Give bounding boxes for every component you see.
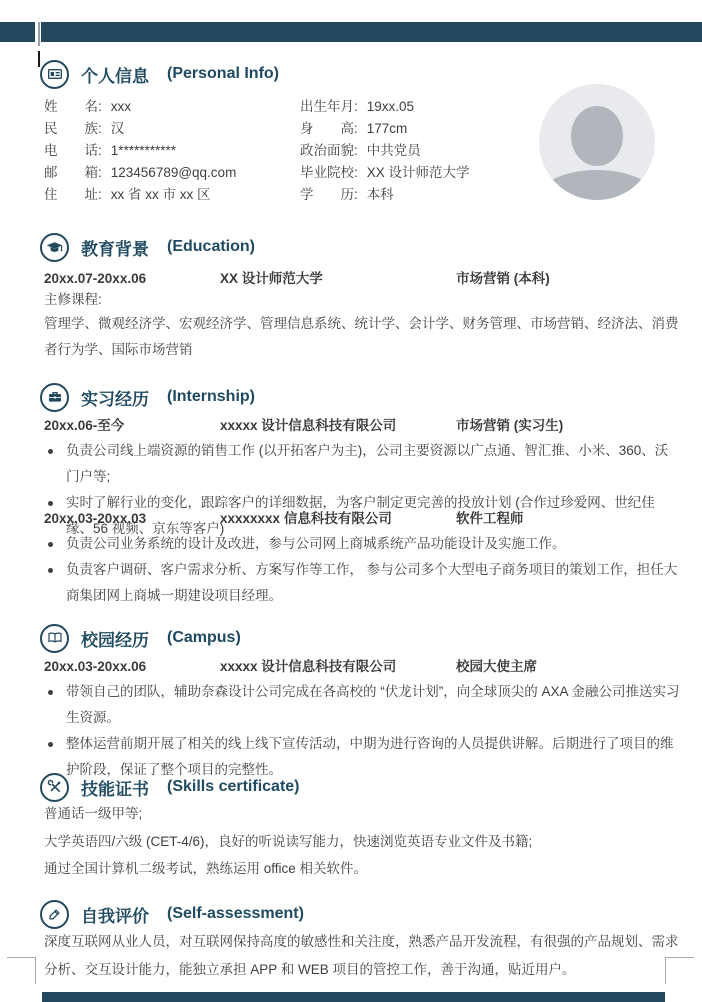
open-book-icon: [40, 624, 69, 653]
info-row: 邮 箱:123456789@qq.com: [44, 162, 236, 184]
section-title-en: (Education): [167, 238, 255, 256]
course-list: 管理学、微观经济学、宏观经济学、管理信息系统、统计学、会计学、财务管理、市场营销…: [44, 311, 680, 363]
bullet-dot: [48, 742, 53, 747]
bullet-item: 负责客户调研、客户需求分析、方案写作等工作， 参与公司多个大型电子商务项目的策划…: [44, 557, 680, 609]
section-title: 校园经历: [81, 626, 149, 651]
field-value: XX 设计师范大学: [367, 165, 470, 180]
bullet-dot: [48, 501, 53, 506]
field-label: 出生年月:: [300, 99, 358, 114]
info-row: 出生年月:19xx.05: [300, 96, 470, 118]
section-header-personal: 个人信息 (Personal Info): [40, 60, 279, 88]
education-entry-row: 20xx.07-20xx.06 XX 设计师范大学 市场营销 (本科): [44, 269, 680, 289]
section-title: 实习经历: [81, 385, 149, 410]
section-title-en: (Personal Info): [167, 65, 279, 83]
skill-line: 普通话一级甲等;: [44, 800, 680, 828]
id-card-icon: [40, 60, 69, 89]
entry-date: 20xx.03-20xx.03: [44, 509, 220, 529]
section-title-en: (Internship): [167, 388, 255, 406]
avatar-placeholder: [539, 84, 655, 200]
graduation-cap-icon: [40, 233, 69, 262]
entry-date: 20xx.07-20xx.06: [44, 269, 220, 289]
personal-info-left-column: 姓 名:xxx 民 族:汉 电 话:1*********** 邮 箱:12345…: [44, 96, 236, 206]
entry-role: 市场营销 (本科): [456, 269, 680, 289]
section-header-internship: 实习经历 (Internship): [40, 383, 255, 411]
info-row: 民 族:汉: [44, 118, 236, 140]
avatar-head-icon: [571, 106, 623, 166]
skill-line: 通过全国计算机二级考试，熟练运用 office 相关软件。: [44, 855, 680, 883]
field-value: 177cm: [367, 121, 408, 136]
bullet-text: 带领自己的团队，辅助奈森设计公司完成在各高校的 “伏龙计划”，向全球顶尖的 AX…: [66, 684, 680, 725]
section-title: 教育背景: [81, 235, 149, 260]
field-value: xxx: [111, 99, 131, 114]
section-header-self-assessment: 自我评价 (Self-assessment): [40, 900, 304, 928]
field-value: 19xx.05: [367, 99, 414, 114]
field-value: xx 省 xx 市 xx 区: [111, 187, 211, 202]
section-header-skills: 技能证书 (Skills certificate): [40, 773, 300, 801]
entry-role: 校园大使主席: [456, 657, 680, 677]
tools-icon: [40, 773, 69, 802]
entry-role: 软件工程师: [456, 509, 680, 529]
entry-organization: XX 设计师范大学: [220, 269, 456, 289]
campus-entry-row: 20xx.03-20xx.06 xxxxx 设计信息科技有限公司 校园大使主席: [44, 657, 680, 677]
field-label: 毕业院校:: [300, 165, 358, 180]
field-label: 电 话:: [44, 143, 102, 158]
internship-bullet-list: 负责公司业务系统的设计及改进，参与公司网上商城系统产品功能设计及实施工作。 负责…: [44, 531, 680, 609]
info-row: 电 话:1***********: [44, 140, 236, 162]
entry-organization: xxxxx 设计信息科技有限公司: [220, 416, 456, 436]
field-label: 学 历:: [300, 187, 358, 202]
section-header-education: 教育背景 (Education): [40, 233, 255, 261]
field-label: 姓 名:: [44, 99, 102, 114]
bullet-dot: [48, 568, 53, 573]
field-label: 政治面貌:: [300, 143, 358, 158]
bullet-text: 整体运营前期开展了相关的线上线下宣传活动，中期为进行咨询的人员提供讲解。后期进行…: [66, 736, 674, 777]
info-row: 毕业院校:XX 设计师范大学: [300, 162, 470, 184]
self-assessment-text: 深度互联网从业人员，对互联网保持高度的敏感性和关注度，熟悉产品开发流程，有很强的…: [44, 928, 680, 984]
info-row: 身 高:177cm: [300, 118, 470, 140]
text-boundary-mark: [35, 957, 36, 984]
entry-date: 20xx.06-至今: [44, 416, 220, 436]
field-value: 123456789@qq.com: [111, 165, 237, 180]
text-cursor-gray: [38, 22, 40, 46]
entry-organization: xxxxx 设计信息科技有限公司: [220, 657, 456, 677]
bullet-item: 带领自己的团队，辅助奈森设计公司完成在各高校的 “伏龙计划”，向全球顶尖的 AX…: [44, 679, 680, 731]
course-label: 主修课程:: [44, 290, 680, 310]
field-label: 民 族:: [44, 121, 102, 136]
skill-line: 大学英语四/六级 (CET-4/6)，良好的听说读写能力，快速浏览英语专业文件及…: [44, 828, 680, 856]
section-title-en: (Skills certificate): [167, 778, 300, 796]
bullet-dot: [48, 542, 53, 547]
section-title-en: (Campus): [167, 629, 241, 647]
personal-info-right-column: 出生年月:19xx.05 身 高:177cm 政治面貌:中共党员 毕业院校:XX…: [300, 96, 470, 206]
briefcase-icon: [40, 383, 69, 412]
bullet-item: 负责公司线上端资源的销售工作 (以开拓客户为主)，公司主要资源以广点通、智汇推、…: [44, 438, 680, 490]
internship-entry-row: 20xx.06-至今 xxxxx 设计信息科技有限公司 市场营销 (实习生): [44, 416, 680, 436]
bullet-text: 负责公司线上端资源的销售工作 (以开拓客户为主)，公司主要资源以广点通、智汇推、…: [66, 443, 668, 484]
info-row: 住 址:xx 省 xx 市 xx 区: [44, 184, 236, 206]
field-label: 身 高:: [300, 121, 358, 136]
entry-role: 市场营销 (实习生): [456, 416, 680, 436]
campus-bullet-list: 带领自己的团队，辅助奈森设计公司完成在各高校的 “伏龙计划”，向全球顶尖的 AX…: [44, 679, 680, 783]
entry-organization: xxxxxxxx 信息科技有限公司: [220, 509, 456, 529]
field-label: 住 址:: [44, 187, 102, 202]
avatar-shoulders-icon: [539, 170, 655, 200]
field-label: 邮 箱:: [44, 165, 102, 180]
field-value: 本科: [367, 187, 394, 202]
field-value: 汉: [111, 121, 125, 136]
bullet-text: 负责公司业务系统的设计及改进，参与公司网上商城系统产品功能设计及实施工作。: [66, 536, 566, 551]
field-value: 中共党员: [367, 143, 421, 158]
text-boundary-mark: [7, 957, 36, 958]
skills-lines: 普通话一级甲等; 大学英语四/六级 (CET-4/6)，良好的听说读写能力，快速…: [44, 800, 680, 883]
info-row: 姓 名:xxx: [44, 96, 236, 118]
section-title-en: (Self-assessment): [167, 905, 304, 923]
bullet-text: 负责客户调研、客户需求分析、方案写作等工作， 参与公司多个大型电子商务项目的策划…: [66, 562, 677, 603]
section-title: 技能证书: [81, 775, 149, 800]
bullet-dot: [48, 690, 53, 695]
info-row: 政治面貌:中共党员: [300, 140, 470, 162]
info-row: 学 历:本科: [300, 184, 470, 206]
bullet-dot: [48, 449, 53, 454]
section-title: 个人信息: [81, 62, 149, 87]
top-accent-bar: [0, 22, 702, 42]
bullet-item: 负责公司业务系统的设计及改进，参与公司网上商城系统产品功能设计及实施工作。: [44, 531, 680, 557]
internship-entry-row: 20xx.03-20xx.03 xxxxxxxx 信息科技有限公司 软件工程师: [44, 509, 680, 529]
pencil-icon: [40, 900, 69, 929]
field-value: 1***********: [111, 143, 176, 158]
section-title: 自我评价: [81, 902, 149, 927]
section-header-campus: 校园经历 (Campus): [40, 624, 241, 652]
bottom-accent-bar: [42, 992, 665, 1002]
entry-date: 20xx.03-20xx.06: [44, 657, 220, 677]
